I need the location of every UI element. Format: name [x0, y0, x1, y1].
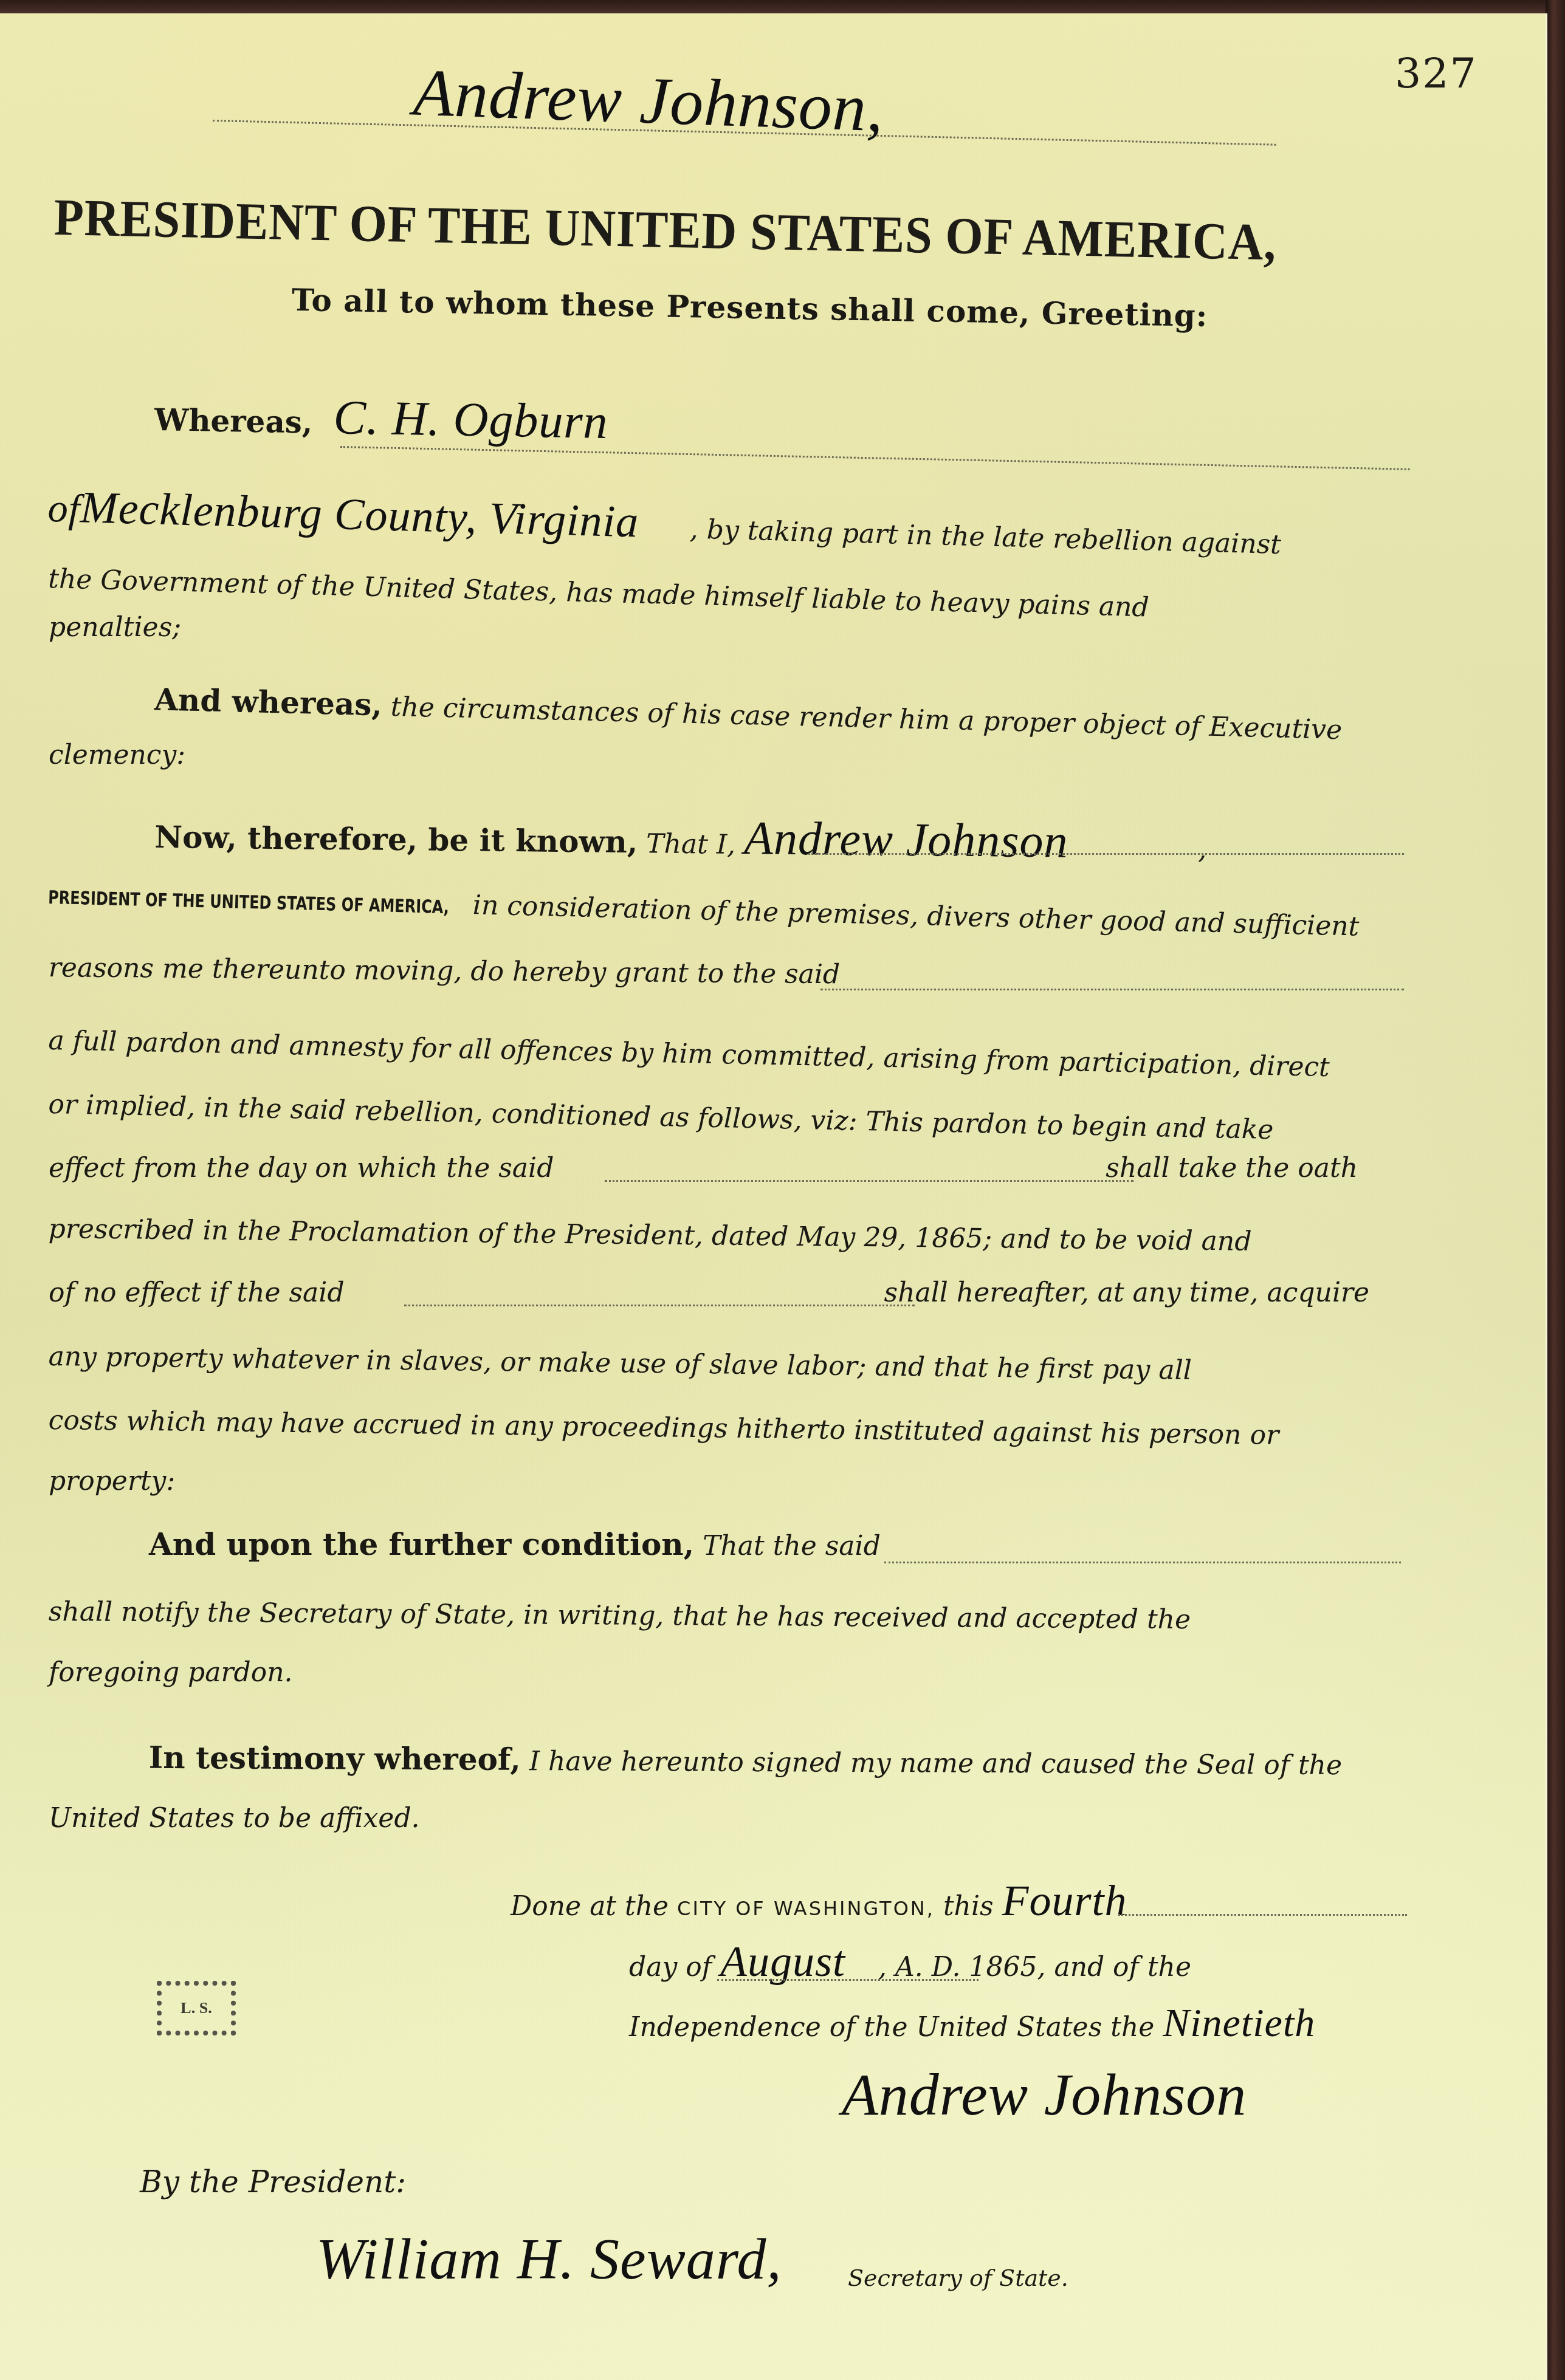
dating-line-1: Done at the CITY OF WASHINGTON, this Fou…	[511, 1876, 1410, 1926]
now-therefore-line-1: Now, therefore, be it known, That I, And…	[48, 803, 1410, 872]
whereas-line-1-rest: , by taking part in the late rebellion a…	[689, 514, 1281, 560]
testimony-lead: In testimony whereof,	[149, 1740, 521, 1777]
title-caps: PRESIDENT OF THE UNITED STATES OF AMERIC…	[48, 887, 449, 918]
done-at: Done at the	[511, 1891, 669, 1922]
now-therefore-line-4: a full pardon and amnesty for all offenc…	[48, 1025, 1410, 1085]
place-handwritten: Mecklenburg County, Virginia	[80, 482, 639, 547]
line-6-a: effect from the day on which the said	[49, 1153, 554, 1184]
month-handwritten: August	[720, 1937, 845, 1986]
further-condition-rest: That the said	[703, 1531, 881, 1562]
oath-line	[605, 1180, 1133, 1182]
further-condition-line-1: And upon the further condition, That the…	[49, 1526, 1410, 1562]
now-therefore-line-7: prescribed in the Proclamation of the Pr…	[48, 1213, 1409, 1258]
trailing-comma: ,	[1198, 834, 1207, 865]
frame-top-edge	[0, 0, 1565, 13]
day-handwritten: Fourth	[1002, 1876, 1127, 1925]
this-word: this	[943, 1891, 994, 1922]
line-8-b: shall hereafter, at any time, acquire	[884, 1277, 1369, 1308]
void-line	[404, 1305, 915, 1306]
signature-top-handwritten: Andrew Johnson,	[412, 54, 886, 148]
secretary-title: Secretary of State.	[848, 2265, 1212, 2291]
pardon-document-page: 327 Andrew Johnson, PRESIDENT OF THE UNI…	[0, 13, 1547, 2380]
line-8-a: of no effect if the said	[49, 1277, 345, 1308]
secretary-signature-handwritten: William H. Seward,	[316, 2225, 782, 2293]
grantee-line	[820, 989, 1404, 990]
greeting-line: To all to whom these Presents shall come…	[292, 282, 1208, 334]
of-prefix: of	[47, 486, 81, 531]
further-condition-line-3: foregoing pardon.	[49, 1657, 1410, 1688]
and-whereas-line-1: And whereas, the circumstances of his ca…	[48, 679, 1410, 748]
further-condition-line	[884, 1562, 1401, 1563]
president-name-line	[808, 853, 1404, 855]
day-of: day of	[629, 1952, 712, 1983]
further-condition-lead: And upon the further condition,	[149, 1526, 694, 1562]
heading-title: PRESIDENT OF THE UNITED STATES OF AMERIC…	[53, 187, 1326, 273]
and-whereas-rest: the circumstances of his case render him…	[390, 691, 1342, 746]
by-the-president: By the President:	[140, 2164, 1501, 2200]
now-therefore-line-2: PRESIDENT OF THE UNITED STATES OF AMERIC…	[48, 879, 1410, 944]
further-condition-line-2: shall notify the Secretary of State, in …	[49, 1596, 1410, 1637]
whereas-lead: Whereas,	[154, 402, 313, 441]
signature-bottom-handwritten: Andrew Johnson	[842, 2061, 1247, 2129]
and-whereas-lead: And whereas,	[154, 681, 383, 722]
independence-text: Independence of the United States the	[629, 2012, 1154, 2043]
whereas-line-1: Whereas, C. H. Ogburn	[47, 385, 1409, 464]
testimony-line-1: In testimony whereof, I have hereunto si…	[49, 1739, 1410, 1782]
month-line	[717, 1979, 979, 1981]
now-therefore-line-2-rest: in consideration of the premises, divers…	[472, 890, 1360, 942]
testimony-rest: I have hereunto signed my name and cause…	[529, 1746, 1343, 1781]
now-therefore-line-8: of no effect if the said shall hereafter…	[49, 1277, 1410, 1308]
now-therefore-line-6: effect from the day on which the said sh…	[49, 1153, 1410, 1184]
now-therefore-line-10: costs which may have accrued in any proc…	[48, 1405, 1409, 1452]
that-i: That I,	[646, 828, 735, 860]
page-number: 327	[1395, 50, 1477, 98]
seal-ls: L. S.	[157, 1981, 236, 2035]
line-6-b: shall take the oath	[1106, 1153, 1358, 1184]
whereas-line-4: penalties;	[49, 612, 1410, 643]
whereas-line-2: ofMecklenburg County, Virginia , by taki…	[47, 481, 1409, 569]
now-therefore-lead: Now, therefore, be it known,	[154, 819, 638, 860]
year-text: , A. D. 1865, and of the	[878, 1952, 1191, 1983]
day-line	[1118, 1914, 1407, 1916]
pardonee-name-handwritten: C. H. Ogburn	[333, 391, 609, 449]
testimony-line-2: United States to be affixed.	[49, 1803, 1410, 1834]
dating-line-3: Independence of the United States the Ni…	[629, 2000, 1419, 2046]
ordinal-handwritten: Ninetieth	[1163, 2001, 1315, 2045]
now-therefore-line-11: property:	[49, 1466, 1410, 1497]
frame-right-edge	[1546, 0, 1565, 2380]
now-therefore-line-9: any property whatever in slaves, or make…	[48, 1341, 1409, 1388]
president-name-handwritten: Andrew Johnson	[744, 811, 1068, 868]
and-whereas-line-2: clemency:	[49, 739, 1410, 770]
now-therefore-line-5: or implied, in the said rebellion, condi…	[48, 1089, 1410, 1148]
city-name: CITY OF WASHINGTON,	[677, 1897, 935, 1920]
